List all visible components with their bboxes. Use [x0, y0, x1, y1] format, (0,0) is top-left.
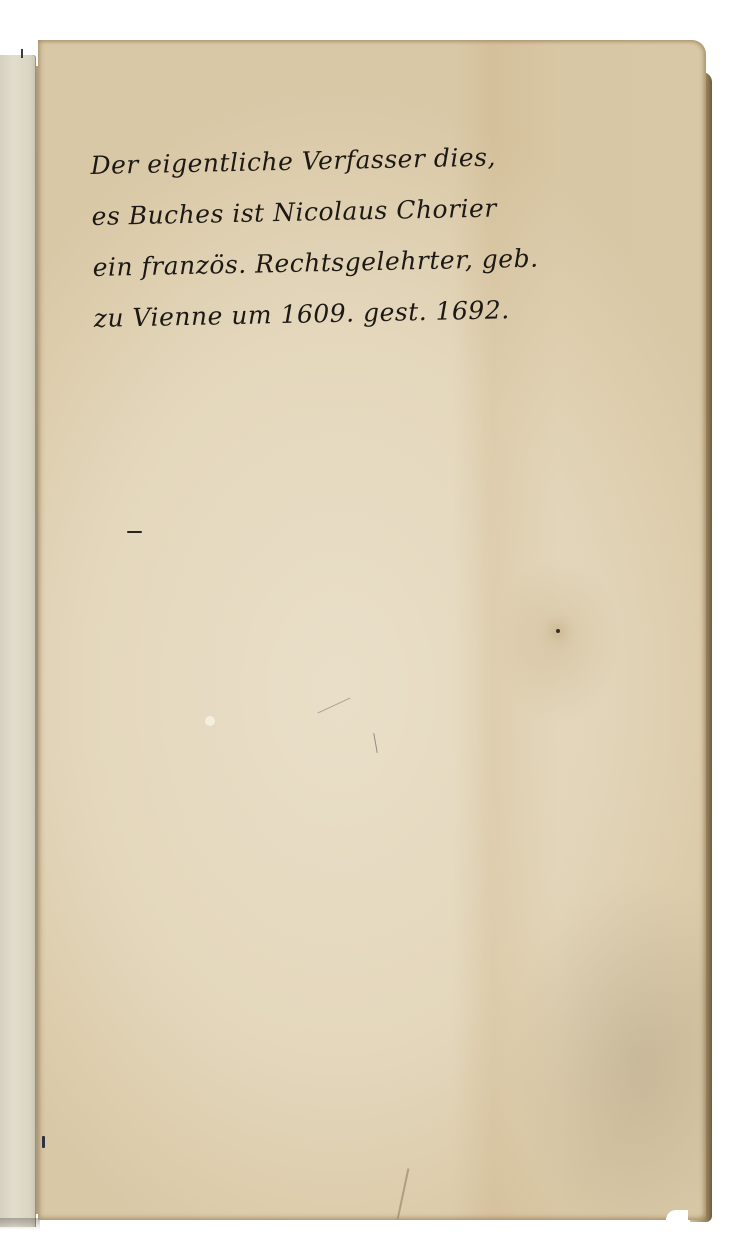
page-corner-notch — [666, 1210, 688, 1222]
handwritten-inscription: Der eigentliche Verfasser dies, es Buche… — [90, 129, 634, 344]
book-photo: Der eigentliche Verfasser dies, es Buche… — [0, 0, 748, 1260]
stray-mark-bottom — [42, 1136, 45, 1148]
stray-mark-top — [21, 49, 23, 58]
stray-ink-dash — [127, 531, 142, 533]
facing-page-edge — [0, 55, 36, 1227]
facing-page-shadow — [0, 1218, 40, 1230]
paper-speck — [205, 716, 215, 726]
foxing-spot — [556, 629, 560, 633]
binding-gutter — [36, 66, 38, 1214]
